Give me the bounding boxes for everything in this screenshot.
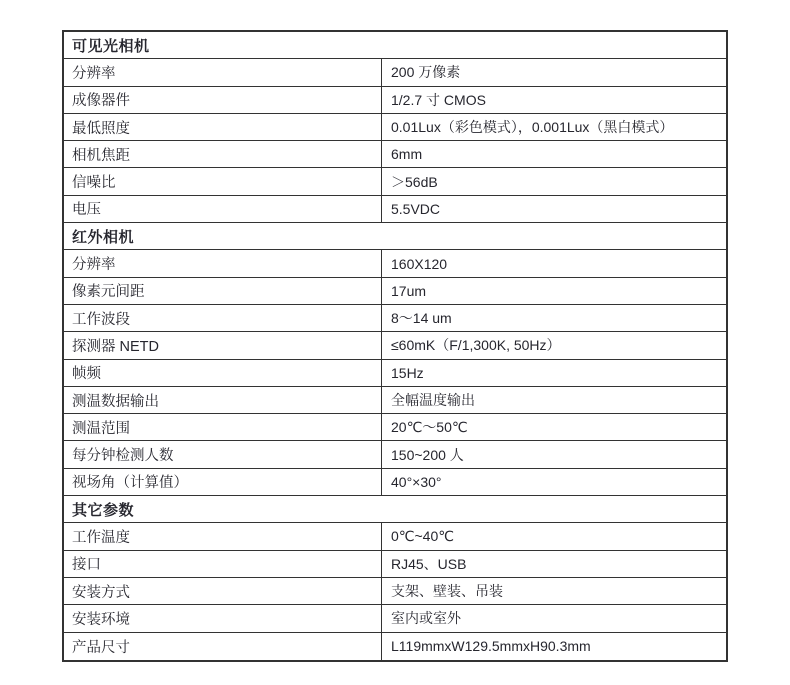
spec-row: 视场角（计算值） 40°×30° (64, 469, 726, 496)
spec-label: 探测器 NETD (64, 332, 382, 358)
spec-row: 帧频 15Hz (64, 360, 726, 387)
spec-label: 视场角（计算值） (64, 469, 382, 495)
spec-value: 40°×30° (382, 469, 726, 495)
section-header-visible-camera: 可见光相机 (64, 32, 726, 59)
spec-row: 像素元间距 17um (64, 278, 726, 305)
spec-label: 成像器件 (64, 87, 382, 113)
spec-label: 像素元间距 (64, 278, 382, 304)
spec-label: 分辨率 (64, 59, 382, 85)
spec-value: 8～14 um (382, 305, 726, 331)
section-title: 红外相机 (72, 226, 134, 247)
spec-value: L119mmxW129.5mmxH90.3mm (382, 633, 726, 660)
spec-row: 每分钟检测人数 150~200 人 (64, 441, 726, 468)
spec-value: 150~200 人 (382, 441, 726, 467)
spec-value: ≤60mK（F/1,300K, 50Hz） (382, 332, 726, 358)
spec-value: 0.01Lux（彩色模式），0.001Lux（黑白模式） (382, 114, 726, 140)
spec-value: ＞56dB (382, 168, 726, 194)
spec-label: 产品尺寸 (64, 633, 382, 660)
spec-value: 200 万像素 (382, 59, 726, 85)
spec-label: 最低照度 (64, 114, 382, 140)
spec-value: RJ45、USB (382, 551, 726, 577)
spec-value: 1/2.7 寸 CMOS (382, 87, 726, 113)
spec-value: 全幅温度输出 (382, 387, 726, 413)
spec-row: 探测器 NETD ≤60mK（F/1,300K, 50Hz） (64, 332, 726, 359)
spec-row: 安装环境 室内或室外 (64, 605, 726, 632)
spec-label: 帧频 (64, 360, 382, 386)
spec-label: 工作波段 (64, 305, 382, 331)
spec-value: 5.5VDC (382, 196, 726, 222)
spec-table: 可见光相机 分辨率 200 万像素 成像器件 1/2.7 寸 CMOS 最低照度… (62, 30, 728, 662)
spec-value: 15Hz (382, 360, 726, 386)
spec-label: 接口 (64, 551, 382, 577)
section-header-infrared-camera: 红外相机 (64, 223, 726, 250)
spec-label: 安装方式 (64, 578, 382, 604)
spec-row: 产品尺寸 L119mmxW129.5mmxH90.3mm (64, 633, 726, 660)
spec-value: 支架、壁装、吊装 (382, 578, 726, 604)
section-header-other-params: 其它参数 (64, 496, 726, 523)
spec-row: 电压 5.5VDC (64, 196, 726, 223)
section-title: 其它参数 (72, 499, 134, 520)
spec-label: 测温数据输出 (64, 387, 382, 413)
spec-label: 工作温度 (64, 523, 382, 549)
spec-value: 室内或室外 (382, 605, 726, 631)
spec-row: 信噪比 ＞56dB (64, 168, 726, 195)
spec-row: 测温数据输出 全幅温度输出 (64, 387, 726, 414)
spec-row: 分辨率 160X120 (64, 250, 726, 277)
spec-label: 安装环境 (64, 605, 382, 631)
spec-row: 测温范围 20℃～50℃ (64, 414, 726, 441)
spec-label: 信噪比 (64, 168, 382, 194)
spec-value: 17um (382, 278, 726, 304)
spec-value: 6mm (382, 141, 726, 167)
spec-label: 电压 (64, 196, 382, 222)
spec-value: 0℃~40℃ (382, 523, 726, 549)
spec-label: 测温范围 (64, 414, 382, 440)
spec-row: 最低照度 0.01Lux（彩色模式），0.001Lux（黑白模式） (64, 114, 726, 141)
spec-row: 工作波段 8～14 um (64, 305, 726, 332)
spec-row: 相机焦距 6mm (64, 141, 726, 168)
spec-row: 接口 RJ45、USB (64, 551, 726, 578)
spec-row: 工作温度 0℃~40℃ (64, 523, 726, 550)
spec-row: 分辨率 200 万像素 (64, 59, 726, 86)
spec-label: 相机焦距 (64, 141, 382, 167)
spec-value: 20℃～50℃ (382, 414, 726, 440)
spec-label: 每分钟检测人数 (64, 441, 382, 467)
section-title: 可见光相机 (72, 35, 150, 56)
spec-value: 160X120 (382, 250, 726, 276)
spec-label: 分辨率 (64, 250, 382, 276)
spec-row: 安装方式 支架、壁装、吊装 (64, 578, 726, 605)
spec-row: 成像器件 1/2.7 寸 CMOS (64, 87, 726, 114)
